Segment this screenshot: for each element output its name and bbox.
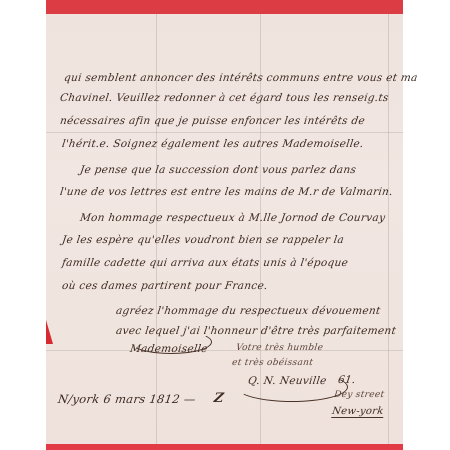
letter-line: nécessaires afin que je puisse enfoncer … [59, 115, 366, 127]
letter-paper: qui semblent annoncer des intérêts commu… [46, 14, 403, 444]
letter-line: Je les espère qu'elles voudront bien se … [61, 234, 345, 246]
letter-line: l'une de vos lettres est entre les mains… [59, 186, 393, 198]
fold-line-horizontal-bottom [46, 350, 403, 351]
red-corner-fold [46, 320, 53, 344]
letter-line: Je pense que la succession dont vous par… [79, 164, 357, 176]
address-street: Dey street [333, 390, 385, 400]
closing-line: Votre très humble [235, 343, 324, 353]
address-city: New-york [331, 406, 384, 418]
fold-line-horizontal-top [46, 132, 403, 133]
red-border-top [46, 0, 403, 14]
signature-flourish [236, 372, 348, 402]
salutation-flourish [130, 330, 212, 354]
letter-line: agréez l'hommage du respectueux dévoueme… [115, 305, 381, 317]
address-number: 61. [337, 374, 356, 386]
signature-mark: Z [213, 391, 225, 406]
letter-line: qui semblent annoncer des intérêts commu… [63, 72, 418, 84]
letter-line: Mon hommage respectueux à M.lle Jornod d… [79, 212, 386, 224]
date-place: N/york 6 mars 1812 — [57, 392, 197, 406]
closing-line: et très obéissant [231, 358, 313, 368]
letter-line: l'hérit.e. Soignez également les autres … [61, 138, 364, 150]
letter-line: famille cadette qui arriva aux états uni… [61, 257, 349, 269]
red-border-bottom [46, 444, 403, 450]
letter-line: Chavinel. Veuillez redonner à cet égard … [59, 92, 389, 104]
letter-line: où ces dames partirent pour France. [61, 280, 268, 292]
